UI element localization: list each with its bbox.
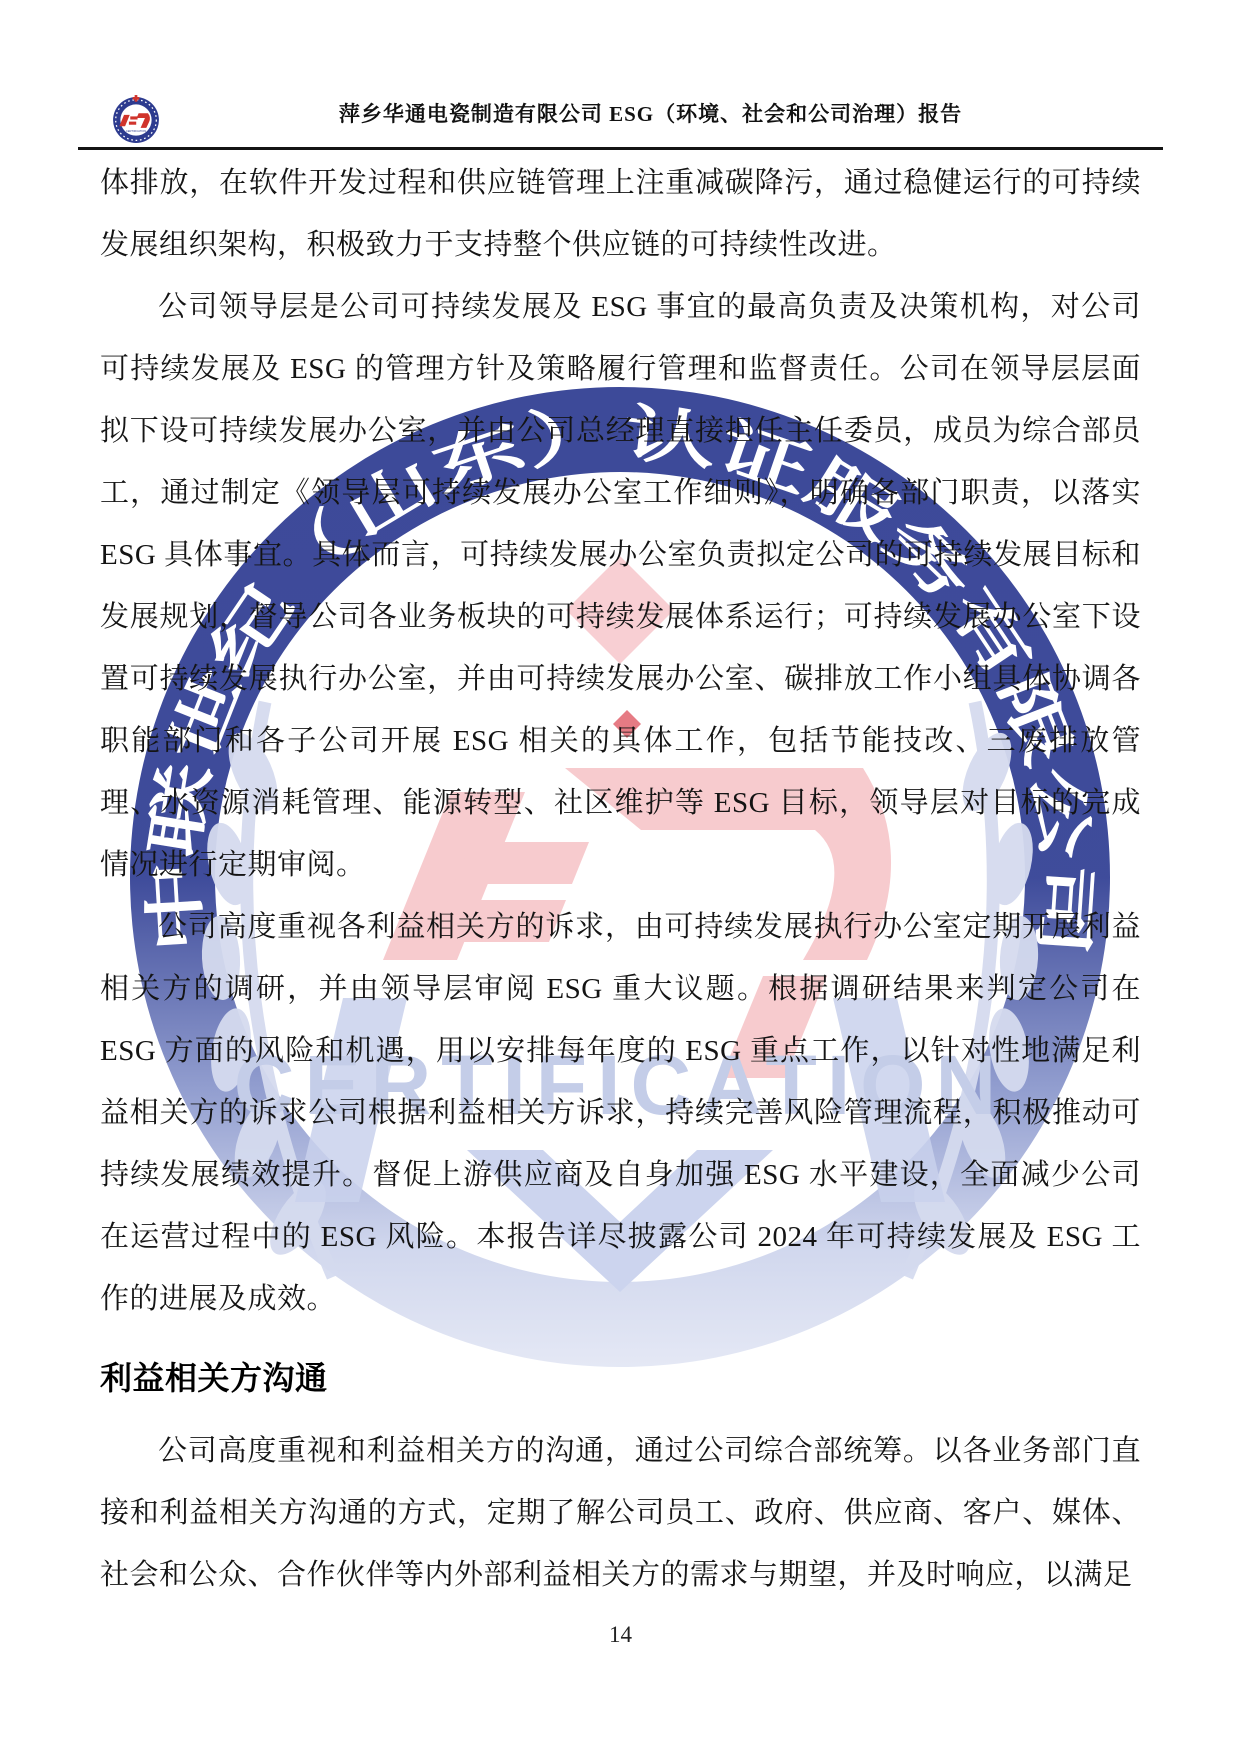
section-heading-stakeholder-communication: 利益相关方沟通 — [100, 1346, 1141, 1410]
page-header: CERTIFICATION 萍乡华通电瓷制造有限公司 ESG（环境、社会和公司治… — [78, 68, 1163, 150]
document-body: 体排放，在软件开发过程和供应链管理上注重减碳降污，通过稳健运行的可持续发展组织架… — [100, 152, 1141, 1606]
paragraph-continuation: 体排放，在软件开发过程和供应链管理上注重减碳降污，通过稳健运行的可持续发展组织架… — [100, 152, 1141, 276]
paragraph-stakeholder-communication: 公司高度重视和利益相关方的沟通，通过公司综合部统筹。以各业务部门直接和利益相关方… — [100, 1420, 1141, 1606]
document-page: 中联世纪（山东）认证服务有限公司 — [0, 0, 1241, 1754]
page-number: 14 — [0, 1622, 1241, 1648]
report-title: 萍乡华通电瓷制造有限公司 ESG（环境、社会和公司治理）报告 — [138, 98, 1163, 128]
paragraph-esg-governance: 公司领导层是公司可持续发展及 ESG 事宜的最高负责及决策机构，对公司可持续发展… — [100, 276, 1141, 896]
paragraph-stakeholder-demands: 公司高度重视各利益相关方的诉求，由可持续发展执行办公室定期开展利益相关方的调研，… — [100, 896, 1141, 1330]
svg-text:CERTIFICATION: CERTIFICATION — [126, 129, 146, 133]
